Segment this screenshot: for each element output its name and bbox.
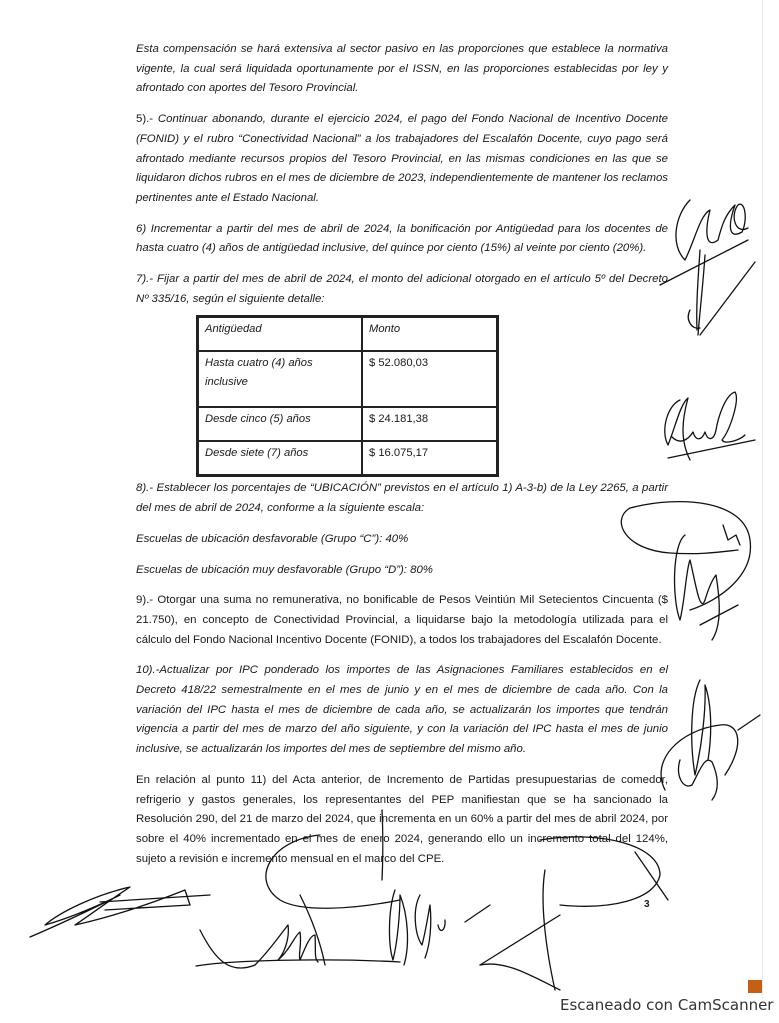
table-cell: $ 52.080,03: [362, 351, 497, 407]
camscanner-watermark: Escaneado con CamScanner: [560, 996, 773, 1014]
signature-1: [660, 200, 755, 335]
signature-2: [665, 392, 755, 460]
signature-7: [196, 895, 400, 968]
table-cell: Desde siete (7) años: [198, 441, 362, 475]
item-text: Establecer los porcentajes de “UBICACIÓN…: [136, 482, 668, 514]
table-row: Desde cinco (5) años $ 24.181,38: [198, 407, 497, 441]
table-cell: $ 24.181,38: [362, 407, 497, 441]
ubicacion-group-d: Escuelas de ubicación muy desfavorable (…: [136, 561, 668, 581]
signature-8: [389, 890, 445, 965]
table-cell: Hasta cuatro (4) años inclusive: [198, 351, 362, 407]
item-text: Otorgar una suma no remunerativa, no bon…: [136, 594, 668, 645]
table-header-cell: Monto: [362, 317, 497, 351]
signature-4: [661, 680, 760, 800]
table-cell: Desde cinco (5) años: [198, 407, 362, 441]
signature-6: [30, 887, 210, 937]
item-text: Continuar abonando, durante el ejercicio…: [136, 113, 668, 204]
item-text: Actualizar por IPC ponderado los importe…: [136, 664, 668, 755]
item-number: 10).-: [136, 664, 159, 676]
page-edge: [762, 0, 763, 1000]
camscanner-logo-icon: [748, 980, 762, 993]
ubicacion-group-c: Escuelas de ubicación desfavorable (Grup…: [136, 530, 668, 550]
item-number: 9).-: [136, 594, 153, 606]
table-row: Hasta cuatro (4) años inclusive $ 52.080…: [198, 351, 497, 407]
document-page: Esta compensación se hará extensiva al s…: [136, 40, 668, 880]
table-header-cell: Antigüedad: [198, 317, 362, 351]
item-8: 8).- Establecer los porcentajes de “UBIC…: [136, 479, 668, 518]
item-5: 5).- Continuar abonando, durante el ejer…: [136, 110, 668, 209]
table-cell: $ 16.075,17: [362, 441, 497, 475]
item-6: 6) Incrementar a partir del mes de abril…: [136, 220, 668, 259]
table-header-row: Antigüedad Monto: [198, 317, 497, 351]
item-number: 8).-: [136, 482, 153, 494]
item-9: 9).- Otorgar una suma no remunerativa, n…: [136, 591, 668, 650]
amounts-table-wrapper: Antigüedad Monto Hasta cuatro (4) años i…: [196, 315, 499, 477]
closing-paragraph: En relación al punto 11) del Acta anteri…: [136, 771, 668, 870]
item-number: 7).-: [136, 273, 153, 285]
item-7: 7).- Fijar a partir del mes de abril de …: [136, 270, 668, 309]
item-text: Fijar a partir del mes de abril de 2024,…: [136, 273, 668, 305]
page-number: 3: [644, 899, 650, 910]
item-number: 5).-: [136, 113, 153, 125]
item-10: 10).-Actualizar por IPC ponderado los im…: [136, 661, 668, 760]
item-text: Incrementar a partir del mes de abril de…: [136, 223, 668, 255]
table-row: Desde siete (7) años $ 16.075,17: [198, 441, 497, 475]
signature-9: [465, 870, 560, 990]
item-number: 6): [136, 223, 146, 235]
amounts-table: Antigüedad Monto Hasta cuatro (4) años i…: [196, 315, 499, 477]
intro-paragraph: Esta compensación se hará extensiva al s…: [136, 40, 668, 99]
